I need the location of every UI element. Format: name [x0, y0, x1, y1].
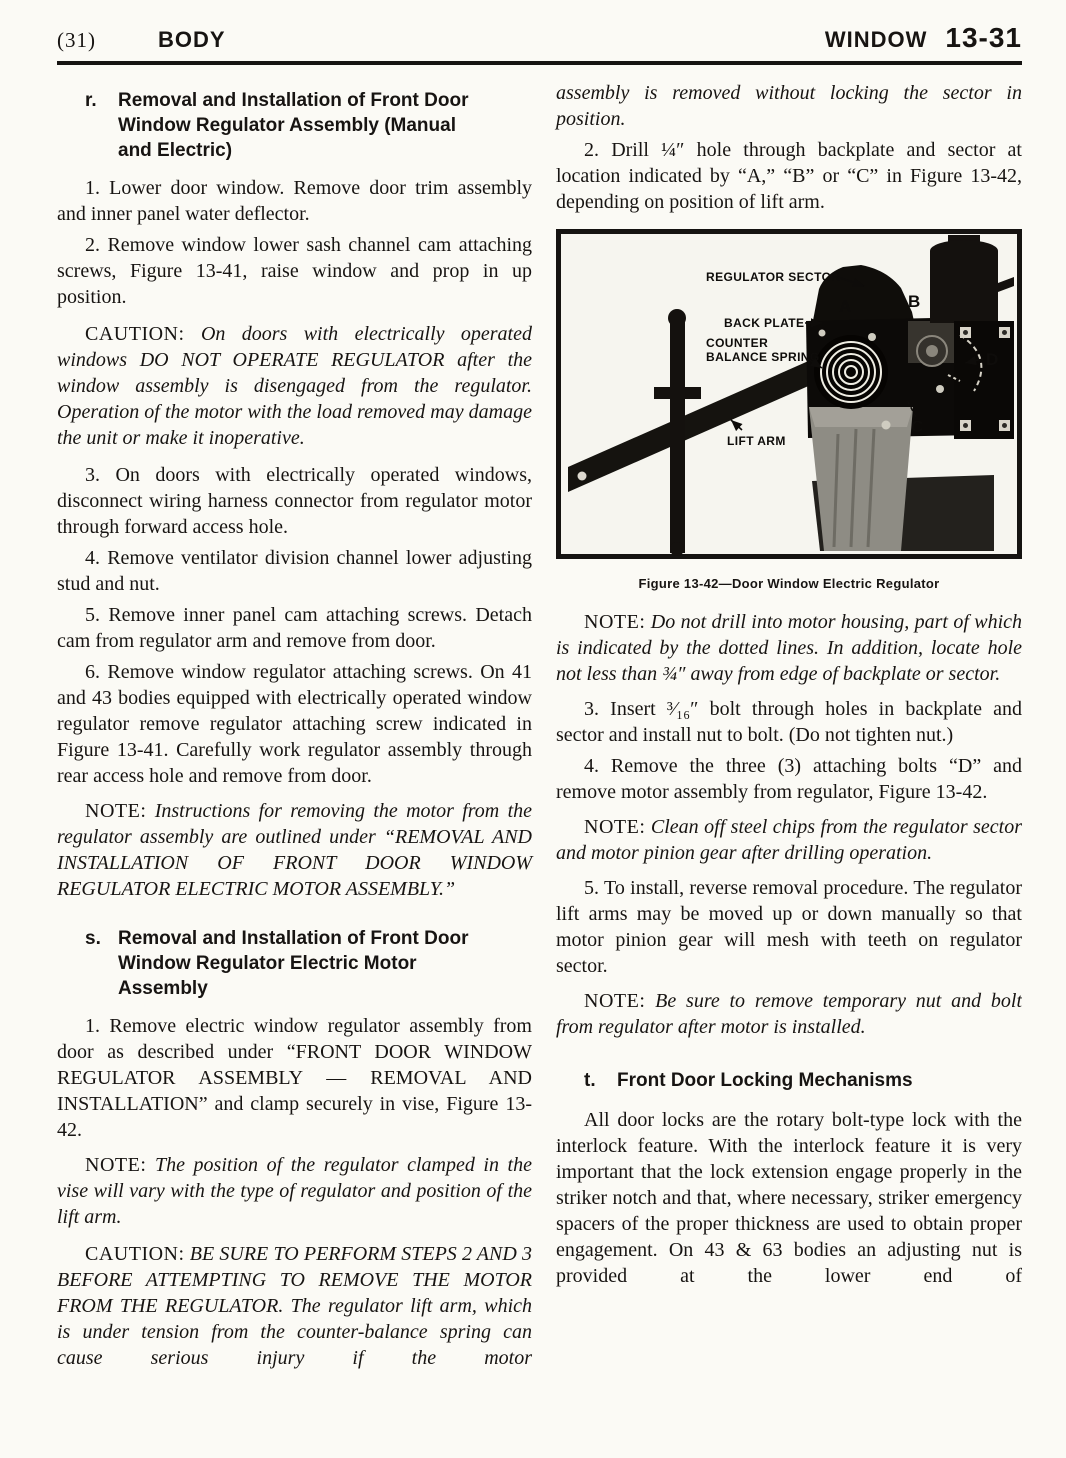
- callout-c: C: [911, 417, 923, 436]
- heading-s: s. Removal and Installation of Front Doo…: [57, 926, 532, 1001]
- heading-r: r. Removal and Installation of Front Doo…: [57, 88, 532, 163]
- step-paragraph: 2. Remove window lower sash channel cam …: [57, 232, 532, 310]
- manual-page: (31) BODY WINDOW 13-31 r. Removal and In…: [0, 0, 1066, 1458]
- figure-label-regulator-sector: REGULATOR SECTOR: [706, 270, 840, 284]
- step-paragraph: 4. Remove the three (3) attaching bolts …: [556, 753, 1022, 805]
- heading-s-label: s.: [85, 926, 118, 1001]
- step-paragraph: 5. To install, reverse removal procedure…: [556, 875, 1022, 979]
- section-title-body: BODY: [158, 27, 226, 53]
- page-note: (31): [57, 28, 96, 53]
- pinion-shape: [917, 336, 947, 366]
- caution-label: CAUTION:: [85, 323, 185, 345]
- continuation-paragraph: assembly is removed without locking the …: [556, 80, 1022, 132]
- heading-t: t. Front Door Locking Mechanisms: [556, 1068, 1022, 1093]
- heading-t-title: Front Door Locking Mechanisms: [617, 1068, 913, 1093]
- note-label: NOTE:: [85, 800, 146, 822]
- step-paragraph: 3. On doors with electrically operated w…: [57, 462, 532, 540]
- step-paragraph: 5. Remove inner panel cam attaching scre…: [57, 602, 532, 654]
- counter-balance-spring-shape: [814, 335, 888, 409]
- step-paragraph: 1. Remove electric window regulator asse…: [57, 1013, 532, 1143]
- figure-label-lift-arm: LIFT ARM: [727, 434, 786, 448]
- note-paragraph: NOTE: The position of the regulator clam…: [57, 1152, 532, 1230]
- screw-head: [882, 421, 891, 430]
- heading-r-label: r.: [85, 88, 118, 163]
- caution-paragraph: CAUTION: On doors with electrically oper…: [57, 321, 532, 451]
- figure-label-counter: COUNTER: [706, 336, 768, 350]
- callout-a: A: [839, 297, 851, 316]
- note-label: NOTE:: [584, 990, 645, 1012]
- screw-head: [819, 330, 826, 337]
- step-paragraph: 6. Remove window regulator attaching scr…: [57, 659, 532, 789]
- left-column: r. Removal and Installation of Front Doo…: [57, 80, 532, 1448]
- figure-label-back-plate: BACK PLATE: [724, 316, 804, 330]
- regulator-photo: REGULATOR SECTOR BACK PLATE COUNTER BALA…: [556, 229, 1022, 559]
- heading-s-title: Removal and Installation of Front Door W…: [118, 926, 490, 1001]
- page-header: (31) BODY WINDOW 13-31: [57, 22, 1022, 54]
- motor-mount-plate: [954, 321, 1014, 439]
- caution-label: CAUTION:: [85, 1243, 185, 1265]
- vise-body-shape: [809, 407, 913, 551]
- note-paragraph: NOTE: Instructions for removing the moto…: [57, 798, 532, 902]
- body-paragraph: All door locks are the rotary bolt-type …: [556, 1107, 1022, 1289]
- step-paragraph: 3. Insert ³⁄₁₆″ bolt through holes in ba…: [556, 696, 1022, 748]
- step-paragraph: 4. Remove ventilator division channel lo…: [57, 545, 532, 597]
- caution-paragraph: CAUTION: BE SURE TO PERFORM STEPS 2 AND …: [57, 1241, 532, 1371]
- callout-d: D: [986, 350, 998, 369]
- heading-t-label: t.: [584, 1068, 617, 1093]
- text-columns: r. Removal and Installation of Front Doo…: [57, 80, 1022, 1448]
- callout-b: B: [908, 292, 920, 311]
- section-title-window: WINDOW: [825, 27, 928, 53]
- header-rule: [57, 61, 1022, 65]
- note-paragraph: NOTE: Be sure to remove temporary nut an…: [556, 988, 1022, 1040]
- header-right: WINDOW 13-31: [825, 22, 1022, 54]
- figure-label-balance-spring: BALANCE SPRING: [706, 350, 820, 364]
- note-label: NOTE:: [584, 816, 645, 838]
- screw-head: [868, 333, 876, 341]
- heading-r-title: Removal and Installation of Front Door W…: [118, 88, 490, 163]
- right-column: assembly is removed without locking the …: [556, 80, 1022, 1448]
- step-paragraph: 2. Drill ¼″ hole through backplate and s…: [556, 137, 1022, 215]
- figure-caption: Figure 13-42—Door Window Electric Regula…: [556, 576, 1022, 591]
- note-label: NOTE:: [584, 611, 645, 633]
- note-paragraph: NOTE: Clean off steel chips from the reg…: [556, 814, 1022, 866]
- page-number: 13-31: [945, 22, 1022, 54]
- step-paragraph: 1. Lower door window. Remove door trim a…: [57, 175, 532, 227]
- note-label: NOTE:: [85, 1154, 146, 1176]
- note-paragraph: NOTE: Do not drill into motor housing, p…: [556, 609, 1022, 687]
- screw-head: [936, 385, 944, 393]
- figure-13-42: REGULATOR SECTOR BACK PLATE COUNTER BALA…: [556, 229, 1022, 564]
